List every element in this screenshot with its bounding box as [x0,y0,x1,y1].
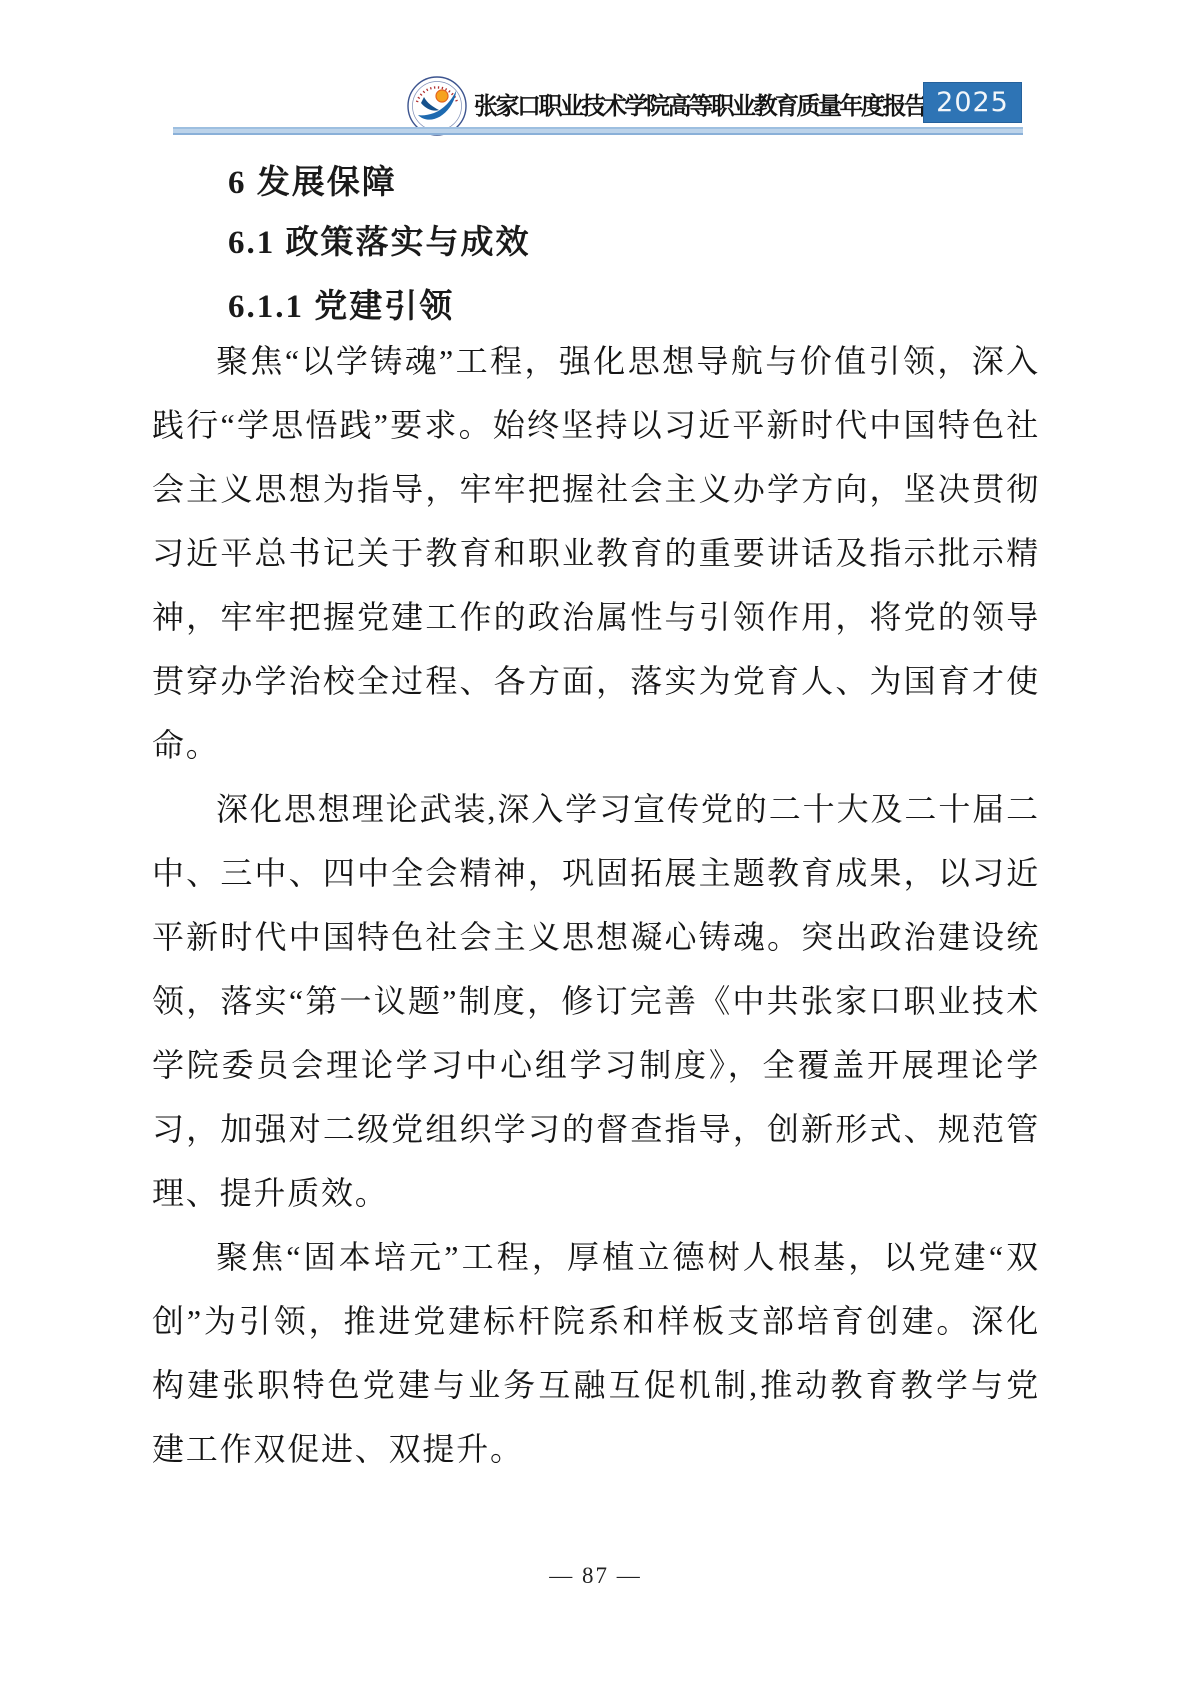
header-report-title: 张家口职业技术学院高等职业教育质量年度报告 [474,86,919,121]
subsubsection-heading: 6.1.1 党建引领 [228,280,454,327]
page-number: — 87 — [549,1563,642,1588]
section-heading: 6 发展保障 [228,156,397,203]
header-divider-rule [173,127,1023,135]
year-badge: 2025 [923,82,1022,123]
body-paragraph: 深化思想理论武装,深入学习宣传党的二十大及二十届二中、三中、四中全会精神，巩固拓… [152,777,1040,1225]
body-text-block: 聚焦“以学铸魂”工程，强化思想导航与价值引领，深入践行“学思悟践”要求。始终坚持… [152,329,1040,1481]
body-paragraph: 聚焦“固本培元”工程，厚植立德树人根基，以党建“双创”为引领，推进党建标杆院系和… [152,1225,1040,1481]
page-footer: — 87 — [0,1563,1191,1589]
document-page: 张家口职业技术学院高等职业教育质量年度报告 2025 6 发展保障 6.1 政策… [0,0,1191,1684]
body-paragraph: 聚焦“以学铸魂”工程，强化思想导航与价值引领，深入践行“学思悟践”要求。始终坚持… [152,329,1040,777]
subsection-heading: 6.1 政策落实与成效 [228,216,531,263]
